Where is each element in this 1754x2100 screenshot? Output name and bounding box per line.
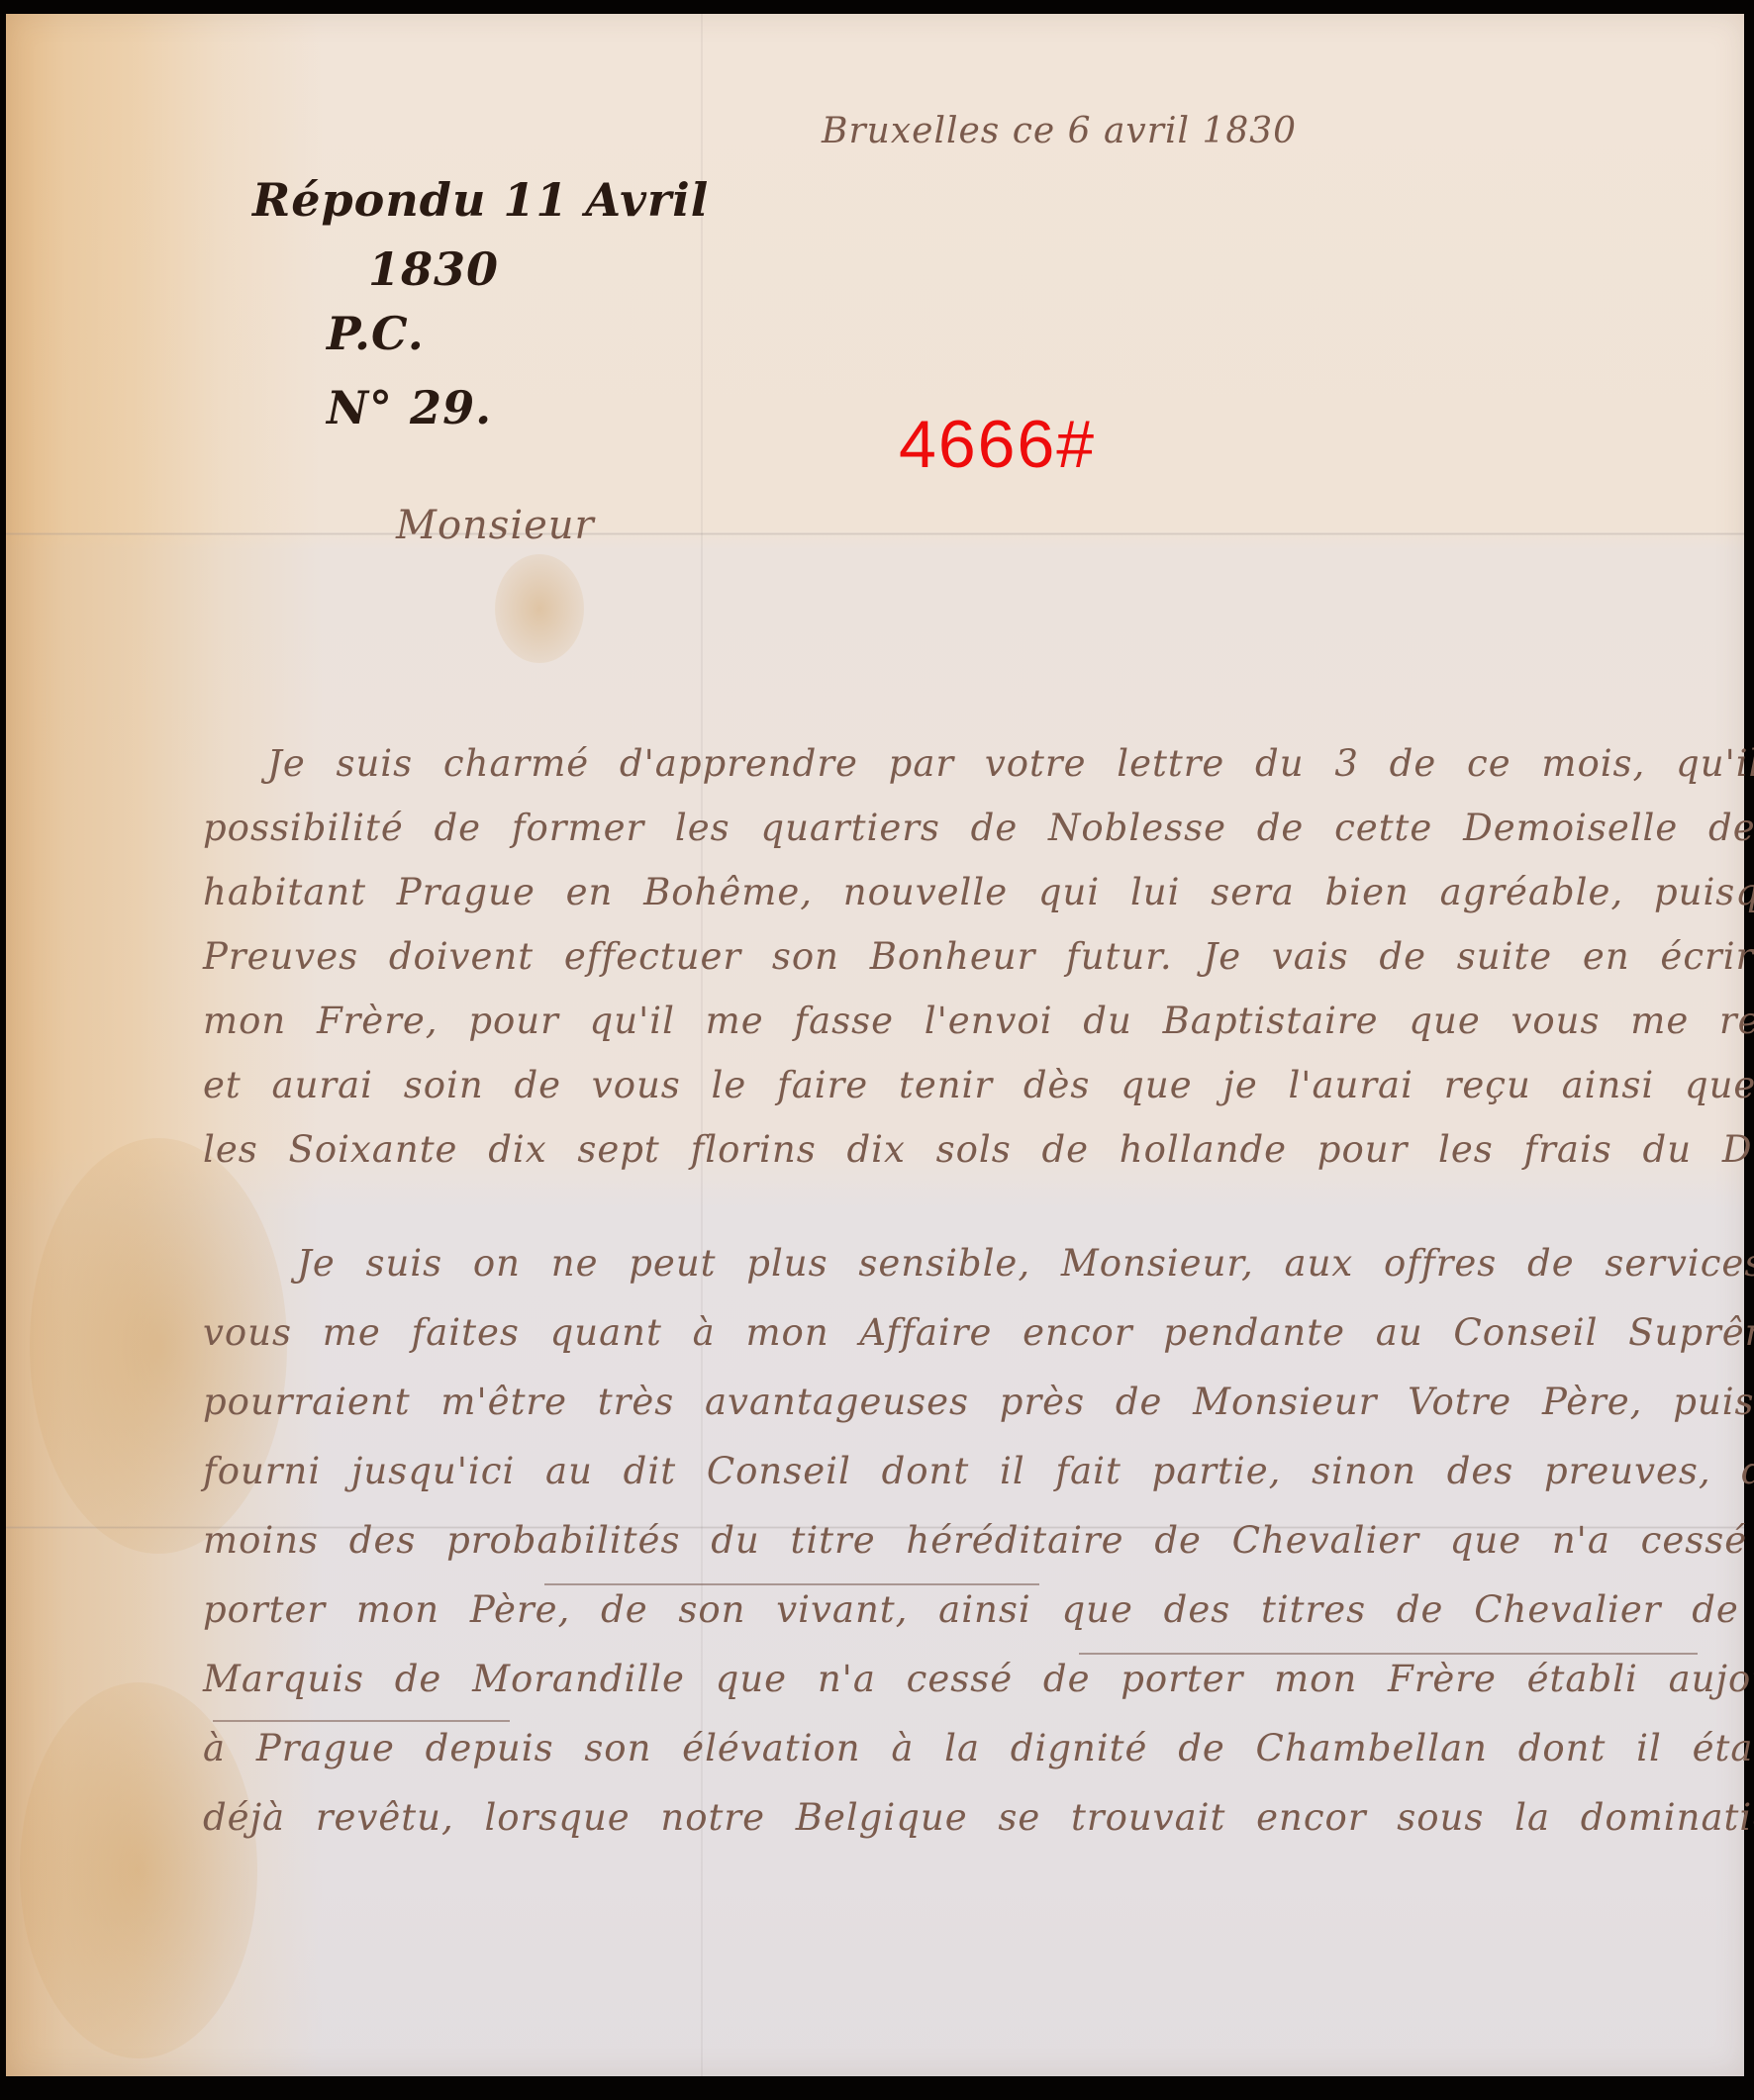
body-line: porter mon Père, de son vivant, ainsi qu… xyxy=(203,1588,1754,1631)
title-underline xyxy=(213,1720,510,1722)
annotation-reply-date: Répondu 11 Avril xyxy=(252,173,709,227)
body-line: Preuves doivent effectuer son Bonheur fu… xyxy=(203,935,1754,978)
letter-salutation: Monsieur xyxy=(396,503,595,548)
body-line: les Soixante dix sept florins dix sols d… xyxy=(203,1128,1754,1171)
annotation-year: 1830 xyxy=(368,242,499,296)
annotation-initials: P.C. xyxy=(327,307,425,360)
body-line: à Prague depuis son élévation à la digni… xyxy=(203,1727,1754,1769)
body-line: fourni jusqu'ici au dit Conseil dont il … xyxy=(203,1450,1754,1492)
body-line: pourraient m'être très avantageuses près… xyxy=(203,1381,1754,1423)
horizontal-fold-line xyxy=(6,532,1744,535)
body-line: Marquis de Morandille que n'a cessé de p… xyxy=(203,1658,1754,1700)
body-line: Je suis on ne peut plus sensible, Monsie… xyxy=(297,1242,1754,1285)
body-line: vous me faites quant à mon Affaire encor… xyxy=(203,1311,1754,1354)
body-line: déjà revêtu, lorsque notre Belgique se t… xyxy=(203,1796,1754,1839)
body-line: et aurai soin de vous le faire tenir dès… xyxy=(203,1064,1754,1106)
body-line: possibilité de former les quartiers de N… xyxy=(203,807,1754,849)
title-underline xyxy=(1079,1653,1698,1655)
item-number-label: 4666# xyxy=(899,406,1096,483)
body-line: habitant Prague en Bohême, nouvelle qui … xyxy=(203,871,1754,913)
body-line: mon Frère, pour qu'il me fasse l'envoi d… xyxy=(203,1000,1754,1042)
body-line: Je suis charmé d'apprendre par votre let… xyxy=(267,742,1754,785)
letter-place-date: Bruxelles ce 6 avril 1830 xyxy=(822,111,1297,151)
body-line: moins des probabilités du titre hérédita… xyxy=(203,1519,1754,1562)
title-underline xyxy=(544,1583,1039,1585)
annotation-number: N° 29. xyxy=(327,381,492,434)
paper-stain xyxy=(495,554,584,663)
